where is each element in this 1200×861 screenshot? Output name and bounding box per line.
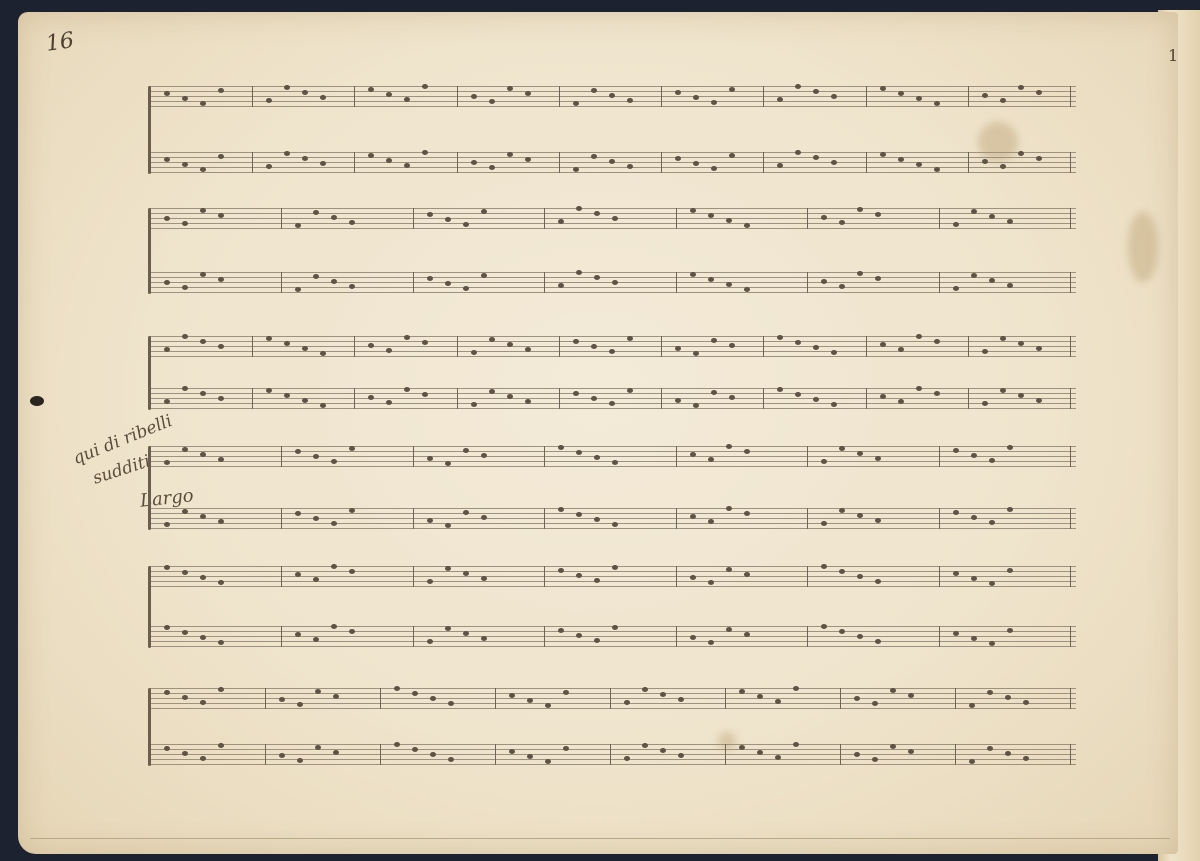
staff bbox=[150, 152, 1076, 176]
staff bbox=[150, 508, 1076, 532]
staff bbox=[150, 446, 1076, 470]
facing-page-mark: 1 bbox=[1168, 46, 1178, 65]
page-number: 16 bbox=[44, 28, 75, 57]
staff bbox=[150, 626, 1076, 650]
staff bbox=[150, 208, 1076, 232]
staff bbox=[150, 744, 1076, 768]
staff bbox=[150, 388, 1076, 412]
staff bbox=[150, 688, 1076, 712]
page-bottom-rule bbox=[30, 838, 1170, 839]
manuscript-page bbox=[18, 12, 1178, 854]
staff bbox=[150, 336, 1076, 360]
ink-blot bbox=[30, 396, 44, 406]
staff bbox=[150, 86, 1076, 110]
staff bbox=[150, 566, 1076, 590]
staff bbox=[150, 272, 1076, 296]
stain bbox=[1128, 212, 1158, 282]
